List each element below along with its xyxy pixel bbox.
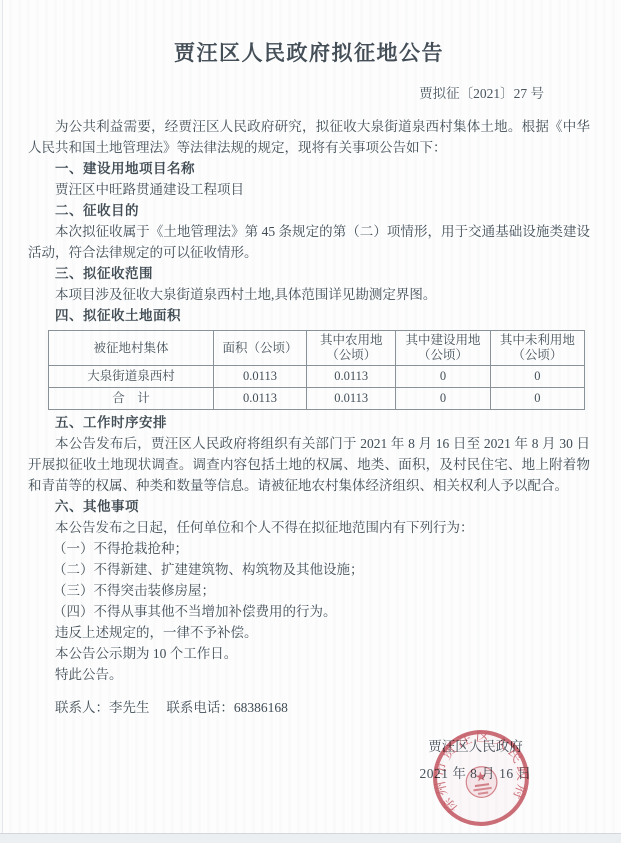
table-header-agricultural: 其中农用地 （公顷）	[307, 331, 396, 366]
seal-star-icon: ★	[474, 768, 488, 785]
section-4-heading: 四、拟征收土地面积	[28, 305, 590, 326]
table-cell-unused: 0	[490, 388, 584, 410]
prohibited-item-2: （二）不得新建、扩建建筑物、构筑物及其他设施；	[28, 559, 590, 580]
table-cell-area: 0.0113	[213, 388, 306, 410]
table-header-area: 面积（公顷）	[213, 331, 306, 366]
closing-line-2: 本公告公示期为 10 个工作日。	[28, 643, 590, 664]
table-row: 大泉街道泉西村 0.0113 0.0113 0 0	[49, 366, 585, 388]
table-cell-area: 0.0113	[213, 366, 306, 388]
page-bottom-edge	[0, 833, 621, 843]
prohibited-item-3: （三）不得突击装修房屋；	[28, 580, 590, 601]
table-cell-agricultural: 0.0113	[307, 366, 396, 388]
doc-number: 贾拟征〔2021〕27 号	[28, 83, 590, 104]
table-cell-unused: 0	[490, 366, 584, 388]
land-area-table-header: 被征地村集体 面积（公顷） 其中农用地 （公顷） 其中建设用地 （公顷） 其中未…	[49, 331, 585, 366]
closing-line-1: 违反上述规定的，一律不予补偿。	[28, 622, 590, 643]
section-2-heading: 二、征收目的	[28, 200, 590, 221]
document-content: 贾汪区人民政府拟征地公告 贾拟征〔2021〕27 号 为公共利益需要，经贾汪区人…	[28, 0, 590, 718]
section-6-body: 本公告发布之日起，任何单位和个人不得在拟征地范围内有下列行为：	[28, 517, 590, 538]
section-1-heading: 一、建设用地项目名称	[28, 158, 590, 179]
table-header-village: 被征地村集体	[49, 331, 214, 366]
land-area-table: 被征地村集体 面积（公顷） 其中农用地 （公顷） 其中建设用地 （公顷） 其中未…	[48, 330, 585, 410]
document-page: 贾汪区人民政府拟征地公告 贾拟征〔2021〕27 号 为公共利益需要，经贾汪区人…	[0, 0, 621, 843]
section-5-heading: 五、工作时序安排	[28, 412, 590, 433]
page-left-edge	[2, 0, 3, 843]
table-cell-construction: 0	[396, 366, 490, 388]
section-2-body: 本次拟征收属于《土地管理法》第 45 条规定的第（二）项情形，用于交通基础设施类…	[28, 221, 590, 263]
section-5-body: 本公告发布后，贾汪区人民政府将组织有关部门于 2021 年 8 月 16 日至 …	[28, 433, 590, 496]
section-3-heading: 三、拟征收范围	[28, 263, 590, 284]
table-cell-construction: 0	[396, 388, 490, 410]
section-3-body: 本项目涉及征收大泉街道泉西村土地,具体范围详见勘测定界图。	[28, 284, 590, 305]
closing-line-3: 特此公告。	[28, 664, 590, 685]
table-cell-village: 合 计	[49, 388, 214, 410]
contact-line: 联系人：李先生 联系电话：68386168	[28, 697, 590, 718]
section-6-heading: 六、其他事项	[28, 496, 590, 517]
table-row-total: 合 计 0.0113 0.0113 0 0	[49, 388, 585, 410]
official-seal: 徐州市贾汪区人民政府 ★	[423, 720, 538, 835]
table-cell-agricultural: 0.0113	[307, 388, 396, 410]
table-cell-village: 大泉街道泉西村	[49, 366, 214, 388]
prohibited-item-4: （四）不得从事其他不当增加补偿费用的行为。	[28, 601, 590, 622]
section-1-body: 贾汪区中旺路贯通建设工程项目	[28, 179, 590, 200]
intro-paragraph: 为公共利益需要，经贾汪区人民政府研究，拟征收大泉街道泉西村集体土地。根据《中华人…	[28, 116, 590, 158]
prohibited-item-1: （一）不得抢栽抢种；	[28, 538, 590, 559]
table-header-unused: 其中未利用地 （公顷）	[490, 331, 584, 366]
document-title: 贾汪区人民政府拟征地公告	[28, 40, 590, 67]
table-header-construction: 其中建设用地 （公顷）	[396, 331, 490, 366]
